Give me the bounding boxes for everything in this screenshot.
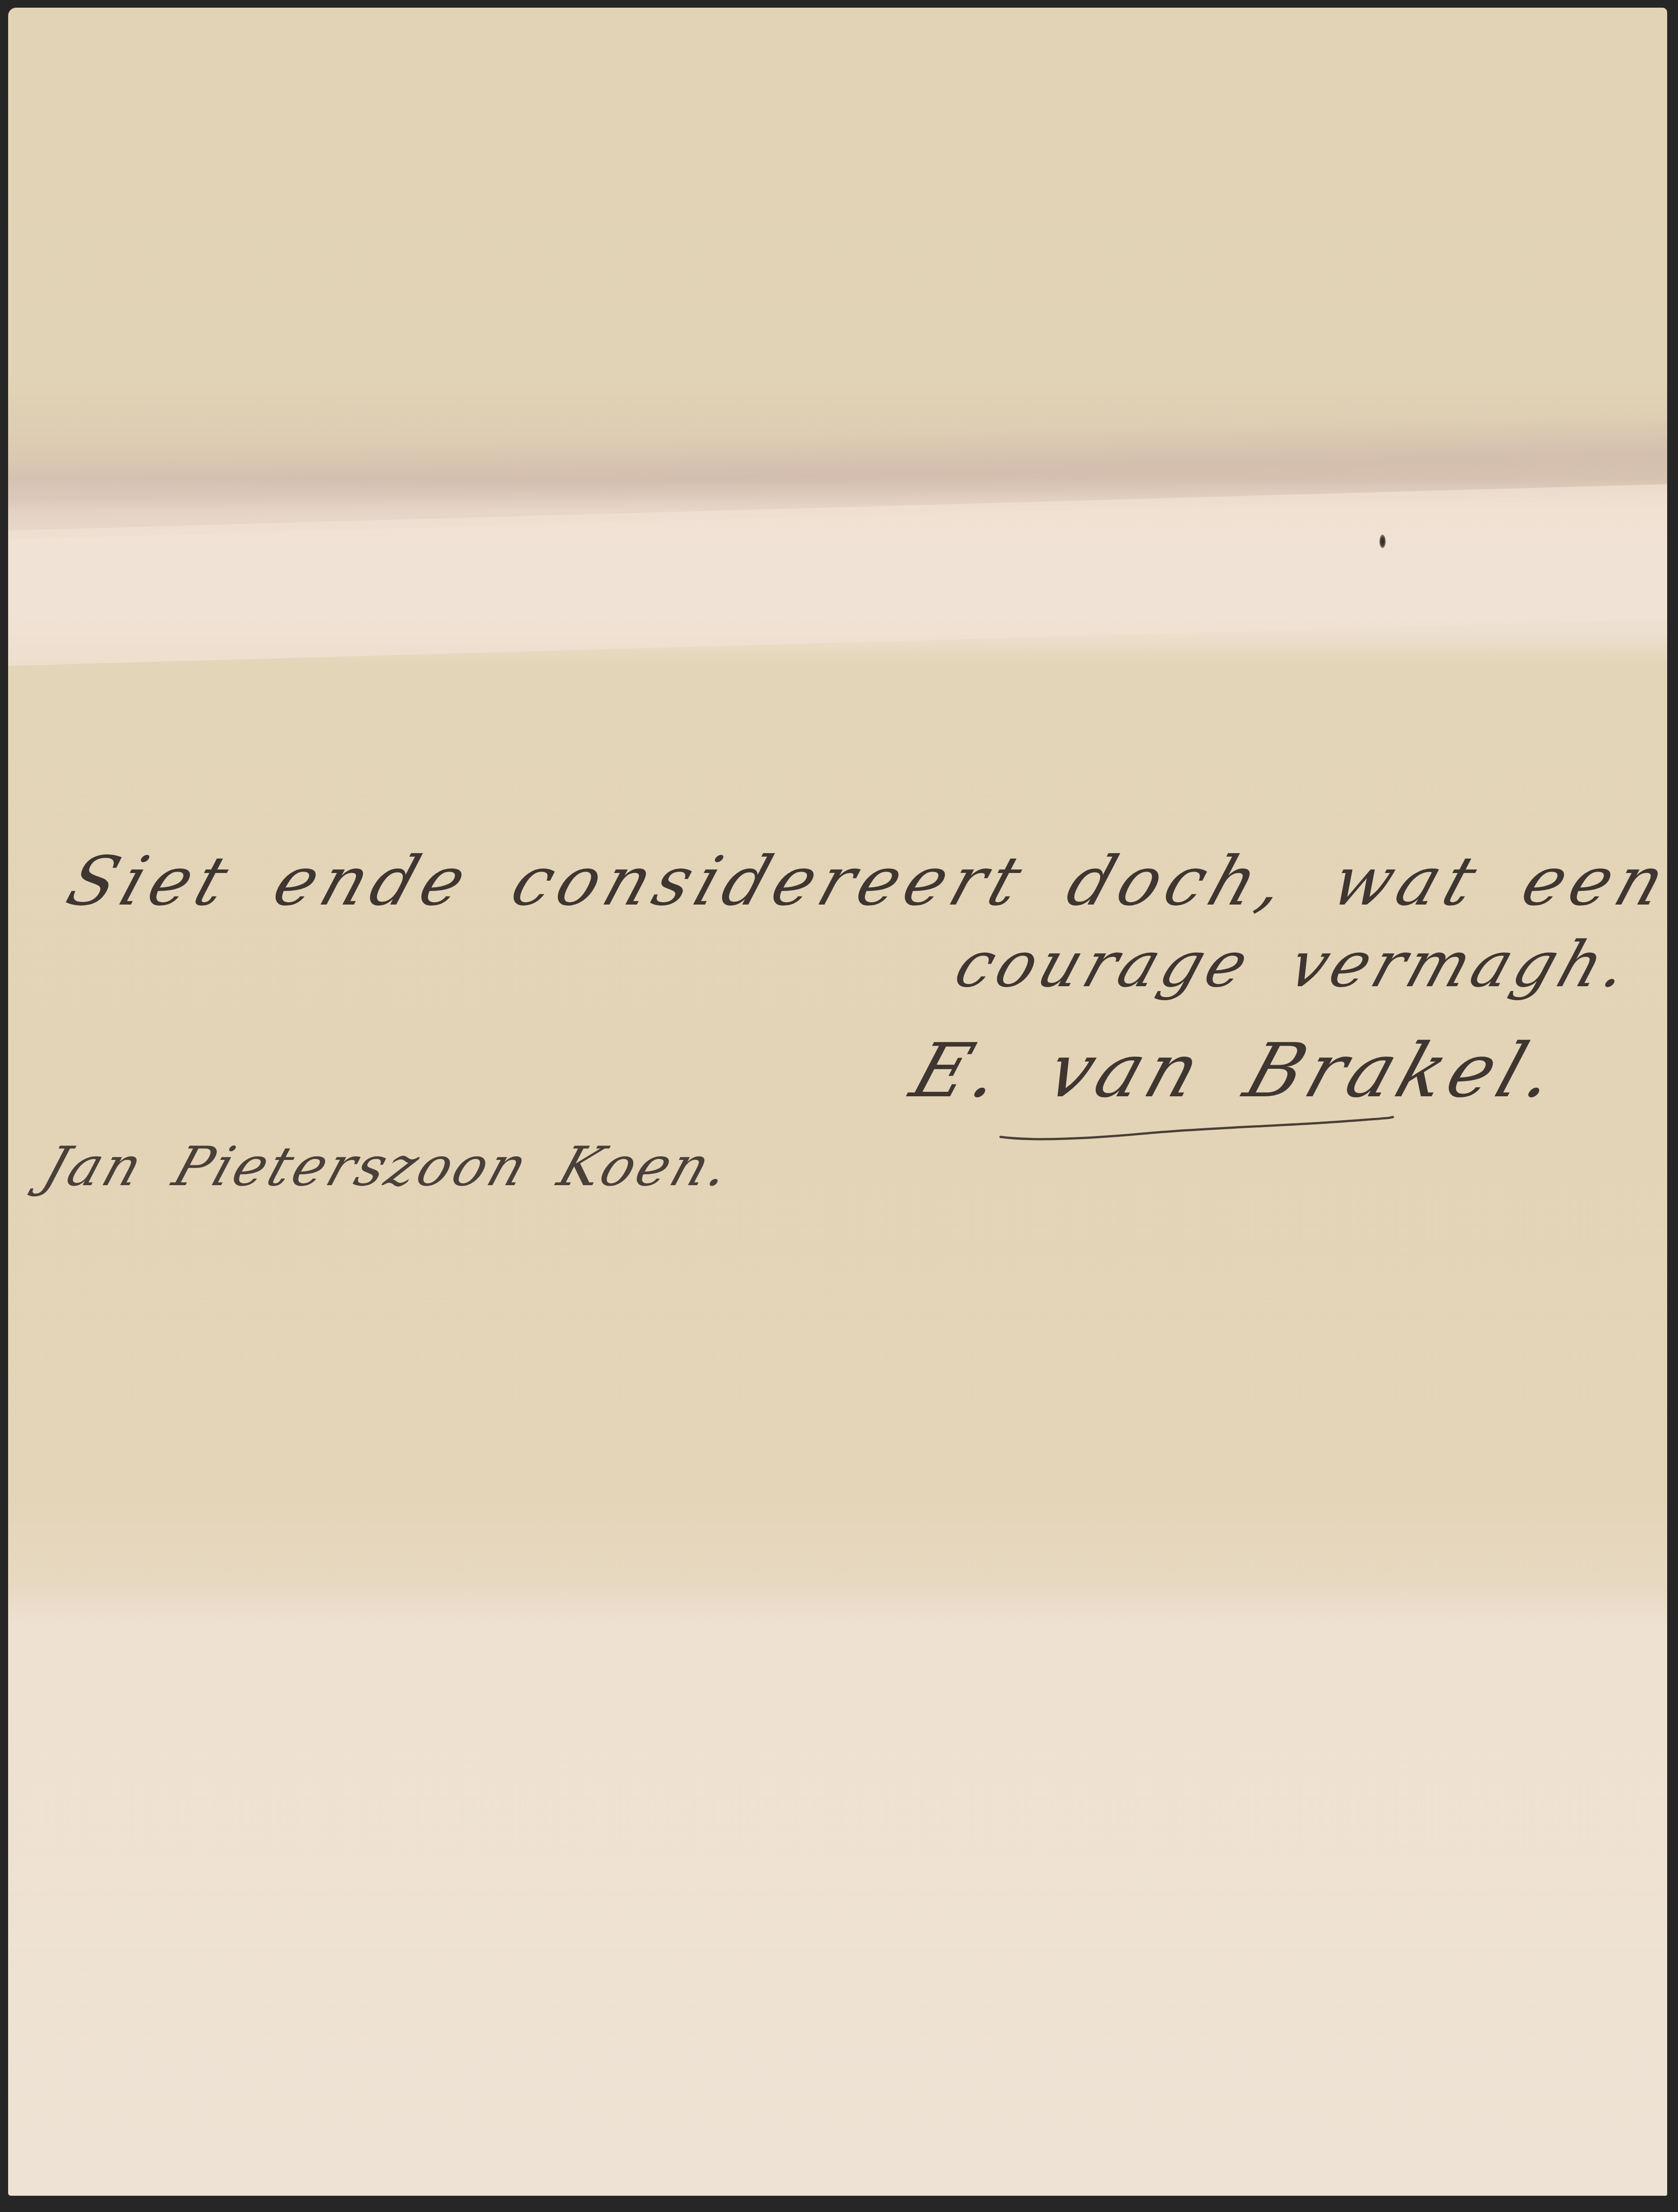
quote-line-1: Siet ende considereert doch, wat een goe…: [58, 842, 1667, 921]
paper-sheet: Siet ende considereert doch, wat een goe…: [8, 8, 1667, 2196]
signature-underline-flourish: [998, 1115, 1395, 1142]
ink-spot: [1379, 535, 1386, 548]
caption-name: Jan Pieterszoon Koen.: [35, 1136, 740, 1198]
signature: E. van Brakel.: [901, 1027, 1572, 1114]
quote-line-2: courage vermagh.: [946, 928, 1642, 1002]
